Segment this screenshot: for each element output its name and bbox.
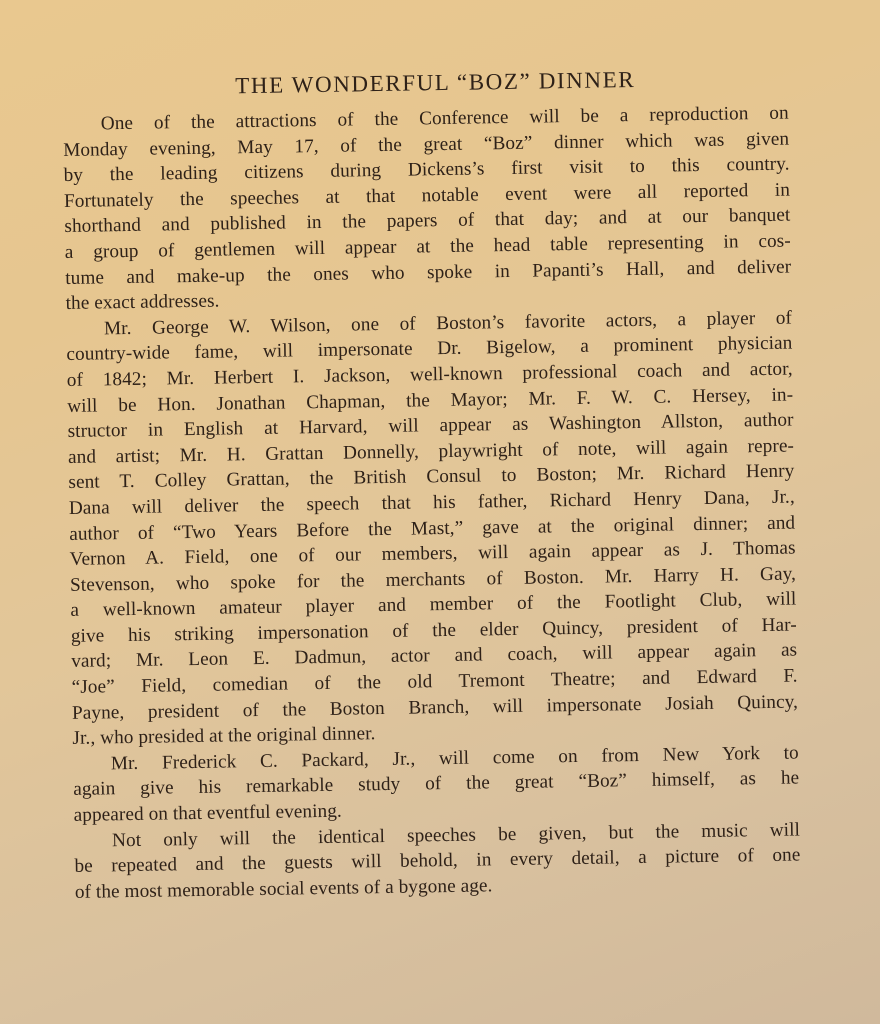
paragraph-2: Mr. George W. Wilson, one of Boston’s fa… bbox=[66, 305, 799, 751]
paragraph-3: Mr. Frederick C. Packard, Jr., will come… bbox=[73, 740, 800, 828]
paragraph-1: One of the attractions of the Conference… bbox=[63, 101, 792, 317]
page-title: THE WONDERFUL “BOZ” DINNER bbox=[62, 61, 788, 106]
printed-page: THE WONDERFUL “BOZ” DINNER One of the at… bbox=[62, 61, 801, 906]
paragraph-4: Not only will the identical speeches be … bbox=[74, 817, 801, 905]
